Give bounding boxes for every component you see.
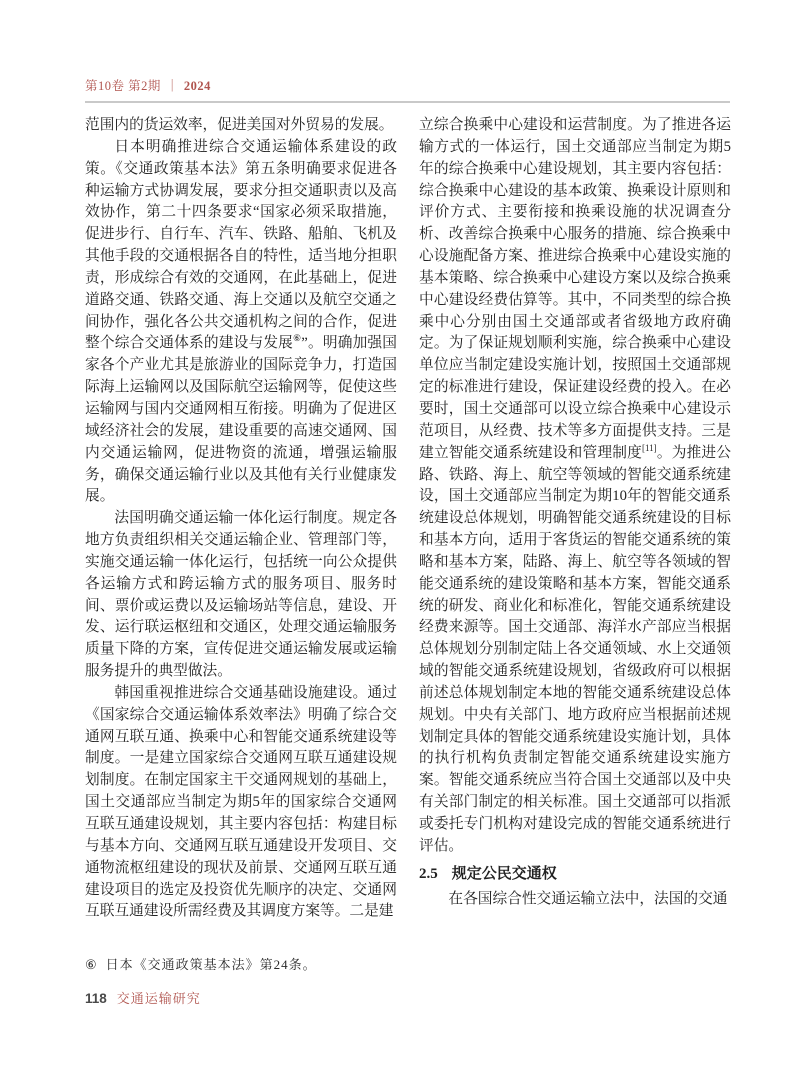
paragraph-text: 日本明确推进综合交通运输体系建设的政策。《交通政策基本法》第五条明确要求促进各种… [85, 139, 397, 352]
footnote-marker: ⑥ [85, 957, 98, 972]
citation-superscript: [11] [642, 443, 657, 453]
journal-name: 交通运输研究 [117, 991, 201, 1006]
header-divider-glyph: ｜ [166, 79, 179, 93]
header-rule [85, 101, 730, 103]
paragraph-text: 立综合换乘中心建设和运营制度。为了推进各运输方式的一体运行，国土交通部应当制定为… [419, 117, 731, 461]
volume-issue-label: 第10卷 第2期 [85, 79, 161, 93]
paragraph-continuation: 范围内的货运效率，促进美国对外贸易的发展。 [85, 115, 397, 137]
paragraph-korea: 韩国重视推进综合交通基础设施建设。通过《国家综合交通运输体系效率法》明确了综合交… [85, 683, 397, 923]
paragraph-japan: 日本明确推进综合交通运输体系建设的政策。《交通政策基本法》第五条明确要求促进各种… [85, 137, 397, 508]
two-column-body: 范围内的货运效率，促进美国对外贸易的发展。 日本明确推进综合交通运输体系建设的政… [85, 115, 730, 923]
page-footer: 118交通运输研究 [85, 988, 201, 1007]
paragraph-continuation-korea: 立综合换乘中心建设和运营制度。为了推进各运输方式的一体运行，国土交通部应当制定为… [419, 115, 731, 858]
section-title: 规定公民交通权 [452, 866, 557, 882]
journal-header: 第10卷 第2期｜2024 [85, 76, 211, 94]
journal-page: 第10卷 第2期｜2024 范围内的货运效率，促进美国对外贸易的发展。 日本明确… [0, 0, 800, 1077]
left-column: 范围内的货运效率，促进美国对外贸易的发展。 日本明确推进综合交通运输体系建设的政… [85, 115, 397, 923]
footnote: ⑥日本《交通政策基本法》第24条。 [85, 954, 317, 973]
section-heading-2-5: 2.5规定公民交通权 [419, 863, 731, 885]
paragraph-text: ”。明确加强国家各个产业尤其是旅游业的国际竞争力，打造国际海上运输网以及国际航空… [85, 335, 397, 504]
paragraph-text: 。为推进公路、铁路、海上、航空等领域的智能交通系统建设，国土交通部应当制定为期1… [419, 445, 731, 854]
page-number: 118 [85, 991, 107, 1006]
paragraph-france: 法国明确交通运输一体化运行制度。规定各地方负责组织相关交通运输企业、管理部门等，… [85, 508, 397, 683]
section-number: 2.5 [419, 866, 438, 882]
header-year: 2024 [184, 79, 211, 93]
right-column: 立综合换乘中心建设和运营制度。为了推进各运输方式的一体运行，国土交通部应当制定为… [419, 115, 731, 923]
paragraph-citizen-rights: 在各国综合性交通运输立法中，法国的交通 [419, 889, 731, 911]
footnote-text: 日本《交通政策基本法》第24条。 [106, 957, 317, 972]
